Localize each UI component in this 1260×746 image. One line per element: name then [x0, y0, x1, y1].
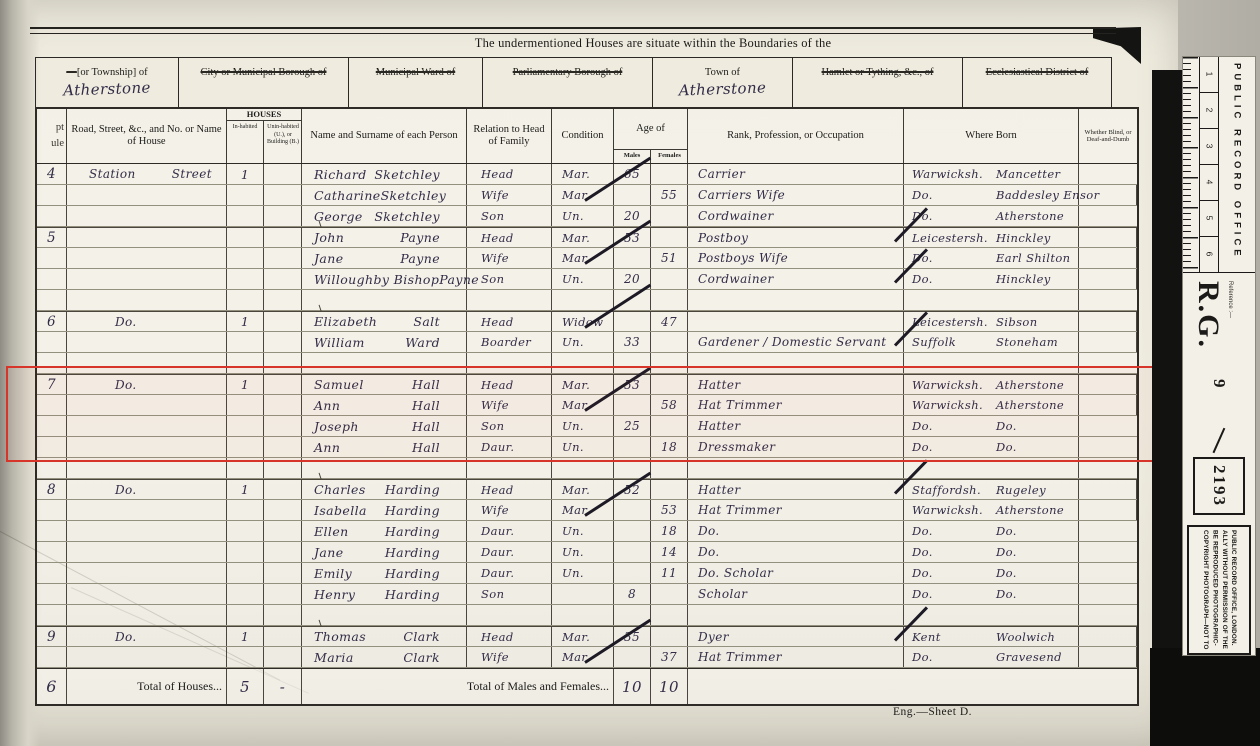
cell-relation: Daur.	[467, 542, 552, 562]
person-surname: Harding	[385, 587, 440, 602]
cell-age-male: 65	[614, 164, 651, 184]
cell-where-born: Do.Do.	[904, 542, 1079, 562]
col-header-relation: Relation to Head of Family	[467, 109, 552, 163]
born-place: Hinckley	[996, 272, 1051, 286]
person-surname: Harding	[385, 566, 440, 581]
cell-relation: Head	[467, 312, 552, 331]
cell-age-male: 8	[614, 584, 651, 604]
person-surname: Salt	[413, 314, 440, 329]
cell-occupation: Scholar	[688, 584, 904, 604]
cell-road-name	[67, 542, 227, 562]
cell-inhabited: 1	[227, 312, 264, 331]
copyright-line: COPYRIGHT PHOTOGRAPH—NOT TO	[1200, 530, 1209, 650]
cell-blind-deaf	[1079, 480, 1137, 499]
person-first-name: Richard	[314, 167, 367, 182]
cell-age-male: 20	[614, 269, 651, 289]
cell-where-born: Do.Do.	[904, 563, 1079, 583]
cell-condition: Mar.	[552, 627, 614, 646]
cell-inhabited	[227, 248, 264, 268]
district-label-text: City or Municipal Borough of	[201, 67, 327, 79]
born-county: Do.	[912, 272, 996, 286]
cell-schedule-number	[37, 521, 67, 541]
district-label-text: Municipal Ward of	[376, 67, 455, 79]
cell-blind-deaf	[1079, 185, 1137, 205]
person-first-name: Ellen	[314, 524, 349, 539]
rg-label: R.G.	[1191, 281, 1225, 379]
cell-relation: Wife	[467, 248, 552, 268]
born-county: Do.	[912, 566, 996, 580]
cell-condition: Mar.	[552, 185, 614, 205]
table-row: 6Do.1ElizabethSaltHeadWidow47Leicestersh…	[37, 311, 1137, 332]
cell-where-born: Warwicksh.Mancetter	[904, 164, 1079, 184]
cell-relation: Son	[467, 584, 552, 604]
cell-person-name: JaneHarding	[302, 542, 467, 562]
totals-males-value: 10	[614, 669, 651, 704]
cell-relation	[467, 605, 552, 625]
cell-schedule-number	[37, 269, 67, 289]
cell-age-female: 51	[651, 248, 688, 268]
cell-age-female	[651, 480, 688, 499]
cell-uninhabited	[264, 312, 302, 331]
piece-number-box: 2193	[1193, 457, 1245, 515]
cell-inhabited	[227, 647, 264, 667]
table-row: 4StationStreet1RichardSketchleyHeadMar.6…	[37, 164, 1137, 185]
cell-road-name	[67, 521, 227, 541]
born-place: Do.	[996, 566, 1017, 580]
cell-blind-deaf	[1079, 164, 1137, 184]
person-surname: Harding	[385, 503, 440, 518]
cell-person-name: ElizabethSalt	[302, 312, 467, 331]
cell-age-male: 52	[614, 480, 651, 499]
born-county: Do.	[912, 524, 996, 538]
cell-schedule-number	[37, 185, 67, 205]
district-label-prefix: —	[66, 67, 77, 79]
cell-occupation	[688, 605, 904, 625]
table-row: HenryHardingSon8ScholarDo.Do.	[37, 584, 1137, 605]
cell-uninhabited	[264, 206, 302, 226]
cell-uninhabited	[264, 164, 302, 184]
cell-condition: Widow	[552, 312, 614, 331]
copyright-stamp-text: COPYRIGHT PHOTOGRAPH—NOT TOBE REPRODUCED…	[1200, 530, 1237, 650]
cell-where-born: Do.Hinckley	[904, 269, 1079, 289]
cell-uninhabited	[264, 248, 302, 268]
table-row: MariaClarkWifeMar.37Hat TrimmerDo.Graves…	[37, 647, 1137, 668]
cell-schedule-number: 8	[37, 480, 67, 499]
cell-schedule-number: 6	[37, 312, 67, 331]
cell-age-male: 53	[614, 228, 651, 247]
copyright-line: PUBLIC RECORD OFFICE, LONDON.	[1228, 530, 1237, 650]
cell-blind-deaf	[1079, 542, 1137, 562]
table-row: 9Do.1ThomasClarkHeadMar.35DyerKentWoolwi…	[37, 626, 1137, 647]
person-first-name: Emily	[314, 566, 352, 581]
cell-blind-deaf	[1079, 269, 1137, 289]
cell-occupation: Hatter	[688, 480, 904, 499]
cell-condition: Mar.	[552, 480, 614, 499]
cell-occupation: Cordwainer	[688, 206, 904, 226]
cell-condition: Mar.	[552, 647, 614, 667]
top-rule	[30, 27, 1116, 34]
person-surname: Harding	[385, 545, 440, 560]
totals-uninhabited-value: -	[264, 669, 302, 704]
cell-where-born: KentWoolwich	[904, 627, 1079, 646]
totals-houses-label: Total of Houses...	[67, 669, 227, 704]
born-place: Mancetter	[996, 167, 1060, 181]
cell-occupation: Dyer	[688, 627, 904, 646]
cell-age-female	[651, 627, 688, 646]
cell-occupation: Hat Trimmer	[688, 500, 904, 520]
cell-road-name	[67, 500, 227, 520]
cell-person-name: WilliamWard	[302, 332, 467, 352]
public-record-office-label: PUBLIC RECORD OFFICE	[1219, 57, 1255, 272]
cell-age-female: 18	[651, 521, 688, 541]
totals-mf-label: Total of Males and Females...	[302, 669, 614, 704]
born-county: Warwicksh.	[912, 167, 996, 181]
born-county: Do.	[912, 188, 996, 202]
cell-schedule-number	[37, 206, 67, 226]
cell-inhabited: 1	[227, 627, 264, 646]
person-first-name: Henry	[314, 587, 355, 602]
born-county: Kent	[912, 630, 996, 644]
person-first-name: Jane	[314, 545, 344, 560]
measuring-ruler: 123456 PUBLIC RECORD OFFICE	[1183, 57, 1255, 273]
cell-occupation: Do.	[688, 521, 904, 541]
cell-uninhabited	[264, 290, 302, 310]
col-header-name: Name and Surname of each Person	[302, 109, 467, 163]
cell-uninhabited	[264, 500, 302, 520]
cell-age-male	[614, 647, 651, 667]
district-label: City or Municipal Borough of	[179, 62, 348, 80]
born-place: Woolwich	[996, 630, 1055, 644]
cell-age-female: 11	[651, 563, 688, 583]
cell-relation: Head	[467, 164, 552, 184]
cell-age-female: 37	[651, 647, 688, 667]
cell-age-female	[651, 290, 688, 310]
cell-schedule-number	[37, 500, 67, 520]
totals-females-value: 10	[651, 669, 688, 704]
cell-age-male	[614, 605, 651, 625]
col-header-males: Males	[614, 150, 651, 163]
district-value-handwritten: Atherstone	[36, 78, 179, 101]
cell-age-male	[614, 185, 651, 205]
cell-where-born: Warwicksh.Atherstone	[904, 500, 1079, 520]
cell-relation: Head	[467, 480, 552, 499]
table-row: 5JohnPayneHeadMar.53PostboyLeicestersh.H…	[37, 227, 1137, 248]
cell-relation: Boarder	[467, 332, 552, 352]
district-box: Town ofAtherstone	[653, 58, 793, 108]
cell-uninhabited	[264, 627, 302, 646]
table-row: CatharineSketchleyWifeMar.55Carriers Wif…	[37, 185, 1137, 206]
person-first-name: Catharine	[314, 188, 381, 203]
cell-where-born: Do.Gravesend	[904, 647, 1079, 667]
cell-inhabited	[227, 563, 264, 583]
totals-stray-mark: 6	[37, 669, 67, 704]
cell-road-name: Do.	[67, 627, 227, 646]
table-row: IsabellaHardingWifeMar.53Hat TrimmerWarw…	[37, 500, 1137, 521]
person-first-name: John	[314, 230, 344, 245]
born-county: Do.	[912, 545, 996, 559]
cell-blind-deaf	[1079, 312, 1137, 331]
cell-where-born	[904, 290, 1079, 310]
totals-houses-value: 5	[227, 669, 264, 704]
cell-person-name: RichardSketchley	[302, 164, 467, 184]
cell-condition: Un.	[552, 332, 614, 352]
cell-uninhabited	[264, 584, 302, 604]
copyright-line: BE REPRODUCED PHOTOGRAPHIC-	[1210, 530, 1219, 650]
cell-condition	[552, 584, 614, 604]
born-place: Do.	[996, 587, 1017, 601]
cell-occupation	[688, 290, 904, 310]
cell-relation: Son	[467, 269, 552, 289]
cell-inhabited: 1	[227, 480, 264, 499]
cell-condition	[552, 290, 614, 310]
highlight-red-box	[6, 366, 1161, 462]
person-surname: Payne	[400, 230, 440, 245]
cell-occupation: Cordwainer	[688, 269, 904, 289]
cell-condition: Mar.	[552, 228, 614, 247]
district-box: — [or Township] ofAtherstone	[36, 58, 179, 108]
cell-condition: Mar.	[552, 164, 614, 184]
born-county: Leicestersh.	[912, 231, 996, 245]
cell-inhabited	[227, 290, 264, 310]
cell-where-born: Leicestersh.Hinckley	[904, 228, 1079, 247]
table-row: WilliamWardBoarderUn.33Gardener / Domest…	[37, 332, 1137, 353]
cell-road-name	[67, 206, 227, 226]
born-county: Do.	[912, 209, 996, 223]
person-surname: Sketchley	[381, 188, 447, 203]
cell-blind-deaf	[1079, 332, 1137, 352]
cell-schedule-number: 9	[37, 627, 67, 646]
born-county: Leicestersh.	[912, 315, 996, 329]
cell-where-born: SuffolkStoneham	[904, 332, 1079, 352]
person-surname: Sketchley	[374, 209, 440, 224]
cell-age-female	[651, 228, 688, 247]
ruler-number: 6	[1200, 237, 1218, 272]
cell-inhabited	[227, 605, 264, 625]
district-label: Ecclesiastical District of	[963, 62, 1111, 80]
born-place: Atherstone	[996, 503, 1064, 517]
district-box: Municipal Ward of	[349, 58, 483, 108]
cell-road-name	[67, 647, 227, 667]
cell-person-name: GeorgeSketchley	[302, 206, 467, 226]
cell-relation: Head	[467, 228, 552, 247]
totals-row: 6 Total of Houses... 5 - Total of Males …	[37, 668, 1137, 704]
cell-road-name	[67, 584, 227, 604]
scan-black-band	[1152, 70, 1184, 746]
col-header-schedule: pt ule	[37, 109, 67, 163]
cell-schedule-number	[37, 542, 67, 562]
cell-blind-deaf	[1079, 206, 1137, 226]
cell-occupation: Postboy	[688, 228, 904, 247]
cell-schedule-number	[37, 647, 67, 667]
cell-uninhabited	[264, 542, 302, 562]
cell-relation: Wife	[467, 185, 552, 205]
cell-schedule-number	[37, 563, 67, 583]
cell-age-female	[651, 332, 688, 352]
cell-blind-deaf	[1079, 584, 1137, 604]
cell-age-male	[614, 248, 651, 268]
cell-inhabited	[227, 332, 264, 352]
cell-occupation: Carrier	[688, 164, 904, 184]
cell-blind-deaf	[1079, 605, 1137, 625]
cell-relation: Head	[467, 627, 552, 646]
cell-blind-deaf	[1079, 627, 1137, 646]
cell-condition: Mar.	[552, 248, 614, 268]
person-first-name: William	[314, 335, 365, 350]
census-form-paper: The undermentioned Houses are situate wi…	[0, 0, 1178, 746]
cell-age-male	[614, 521, 651, 541]
col-header-road: Road, Street, &c., and No. or Name of Ho…	[67, 109, 227, 163]
ruler-number: 1	[1200, 57, 1218, 93]
cell-age-male: 20	[614, 206, 651, 226]
cell-relation: Daur.	[467, 521, 552, 541]
table-row: Willoughby BishopPayneSonUn.20Cordwainer…	[37, 269, 1137, 290]
born-county: Suffolk	[912, 335, 996, 349]
born-place: Atherstone	[996, 209, 1064, 223]
cell-occupation: Do. Scholar	[688, 563, 904, 583]
cell-age-female: 47	[651, 312, 688, 331]
cell-schedule-number	[37, 248, 67, 268]
record-office-strip: 123456 PUBLIC RECORD OFFICE R.G. Referen…	[1182, 56, 1256, 656]
cell-occupation: Do.	[688, 542, 904, 562]
form-top-note: The undermentioned Houses are situate wi…	[388, 36, 918, 51]
cell-age-female: 53	[651, 500, 688, 520]
road-word: Street	[172, 167, 212, 181]
table-row	[37, 290, 1137, 311]
cell-road-name	[67, 290, 227, 310]
cell-road-name: Do.	[67, 480, 227, 499]
cell-relation: Daur.	[467, 563, 552, 583]
cell-road-name: StationStreet	[67, 164, 227, 184]
district-label-text: Parliamentary Borough of	[513, 67, 623, 79]
cell-uninhabited	[264, 605, 302, 625]
cell-person-name: HenryHarding	[302, 584, 467, 604]
born-county: Do.	[912, 650, 996, 664]
cell-road-name	[67, 248, 227, 268]
cell-inhabited	[227, 584, 264, 604]
born-county: Do.	[912, 251, 996, 265]
cell-uninhabited	[264, 647, 302, 667]
cell-condition: Un.	[552, 542, 614, 562]
cell-age-male	[614, 500, 651, 520]
born-county: Staffordsh.	[912, 483, 996, 497]
cell-where-born: Leicestersh.Sibson	[904, 312, 1079, 331]
cell-where-born: Do.Earl Shilton	[904, 248, 1079, 268]
district-value-handwritten: Atherstone	[653, 78, 793, 101]
table-row: JanePayneWifeMar.51Postboys WifeDo.Earl …	[37, 248, 1137, 269]
district-box: Parliamentary Borough of	[483, 58, 653, 108]
cell-schedule-number	[37, 584, 67, 604]
person-first-name: Thomas	[314, 629, 366, 644]
cell-uninhabited	[264, 185, 302, 205]
cell-person-name: JohnPayne	[302, 228, 467, 247]
person-first-name: Maria	[314, 650, 354, 665]
cell-person-name: CharlesHarding	[302, 480, 467, 499]
cell-road-name	[67, 605, 227, 625]
cell-occupation: Postboys Wife	[688, 248, 904, 268]
cell-age-male	[614, 563, 651, 583]
cell-age-female: 55	[651, 185, 688, 205]
cell-inhabited	[227, 269, 264, 289]
reference-label: Reference :—	[1227, 281, 1233, 379]
cell-uninhabited	[264, 269, 302, 289]
cell-person-name: ThomasClark	[302, 627, 467, 646]
district-label-text: Hamlet or Tything, &c., of	[822, 67, 934, 79]
cell-inhabited	[227, 185, 264, 205]
cell-road-name	[67, 185, 227, 205]
col-header-blind: Whether Blind, or Deaf-and-Dumb	[1079, 109, 1137, 163]
cell-inhabited	[227, 206, 264, 226]
table-row: GeorgeSketchleySonUn.20CordwainerDo.Athe…	[37, 206, 1137, 227]
cell-uninhabited	[264, 332, 302, 352]
ruler-number: 3	[1200, 129, 1218, 165]
person-first-name: Elizabeth	[314, 314, 377, 329]
cell-occupation: Carriers Wife	[688, 185, 904, 205]
cell-age-male: 35	[614, 627, 651, 646]
ruler-number: 5	[1200, 201, 1218, 237]
cell-person-name: CatharineSketchley	[302, 185, 467, 205]
cell-blind-deaf	[1079, 563, 1137, 583]
piece-slash-mark	[1213, 428, 1226, 453]
cell-person-name: EmilyHarding	[302, 563, 467, 583]
born-place: Do.	[996, 545, 1017, 559]
cell-road-name	[67, 332, 227, 352]
cell-person-name: EllenHarding	[302, 521, 467, 541]
cell-relation: Wife	[467, 500, 552, 520]
cell-age-male	[614, 290, 651, 310]
col-header-houses: HOUSES In-habited Unin-habited (U.), or …	[227, 109, 302, 163]
cell-age-female	[651, 164, 688, 184]
cell-where-born: Do.Do.	[904, 584, 1079, 604]
born-place: Hinckley	[996, 231, 1051, 245]
cell-occupation: Gardener / Domestic Servant	[688, 332, 904, 352]
table-row	[37, 605, 1137, 626]
person-first-name: George	[314, 209, 363, 224]
cell-where-born: Do.Do.	[904, 521, 1079, 541]
born-place: Do.	[996, 524, 1017, 538]
district-header-row: — [or Township] ofAtherstoneCity or Muni…	[35, 57, 1112, 109]
person-surname: Clark	[403, 629, 440, 644]
person-surname: Ward	[405, 335, 440, 350]
cell-condition: Un.	[552, 206, 614, 226]
person-surname: Clark	[403, 650, 440, 665]
ruler-numbers: 123456	[1200, 57, 1219, 272]
cell-relation: Wife	[467, 647, 552, 667]
col-header-females: Females	[651, 150, 688, 163]
district-box: City or Municipal Borough of	[179, 58, 349, 108]
district-box: Hamlet or Tything, &c., of	[793, 58, 963, 108]
cell-blind-deaf	[1079, 228, 1137, 247]
cell-condition	[552, 605, 614, 625]
cell-schedule-number	[37, 290, 67, 310]
col-header-occupation: Rank, Profession, or Occupation	[688, 109, 904, 163]
cell-where-born: Do.Atherstone	[904, 206, 1079, 226]
rg-reference-block: R.G. Reference :—	[1183, 273, 1255, 379]
cell-uninhabited	[264, 228, 302, 247]
person-first-name: Charles	[314, 482, 366, 497]
copyright-stamp-box: COPYRIGHT PHOTOGRAPH—NOT TOBE REPRODUCED…	[1187, 525, 1251, 655]
cell-uninhabited	[264, 480, 302, 499]
census-scan-page: The undermentioned Houses are situate wi…	[0, 0, 1260, 746]
cell-schedule-number	[37, 332, 67, 352]
cell-schedule-number: 4	[37, 164, 67, 184]
copyright-line: ALLY WITHOUT PERMISSION OF THE	[1219, 530, 1228, 650]
born-place: Sibson	[996, 315, 1038, 329]
born-place: Earl Shilton	[996, 251, 1070, 265]
cell-age-female	[651, 605, 688, 625]
cell-age-female	[651, 206, 688, 226]
col-header-born: Where Born	[904, 109, 1079, 163]
cell-person-name	[302, 605, 467, 625]
